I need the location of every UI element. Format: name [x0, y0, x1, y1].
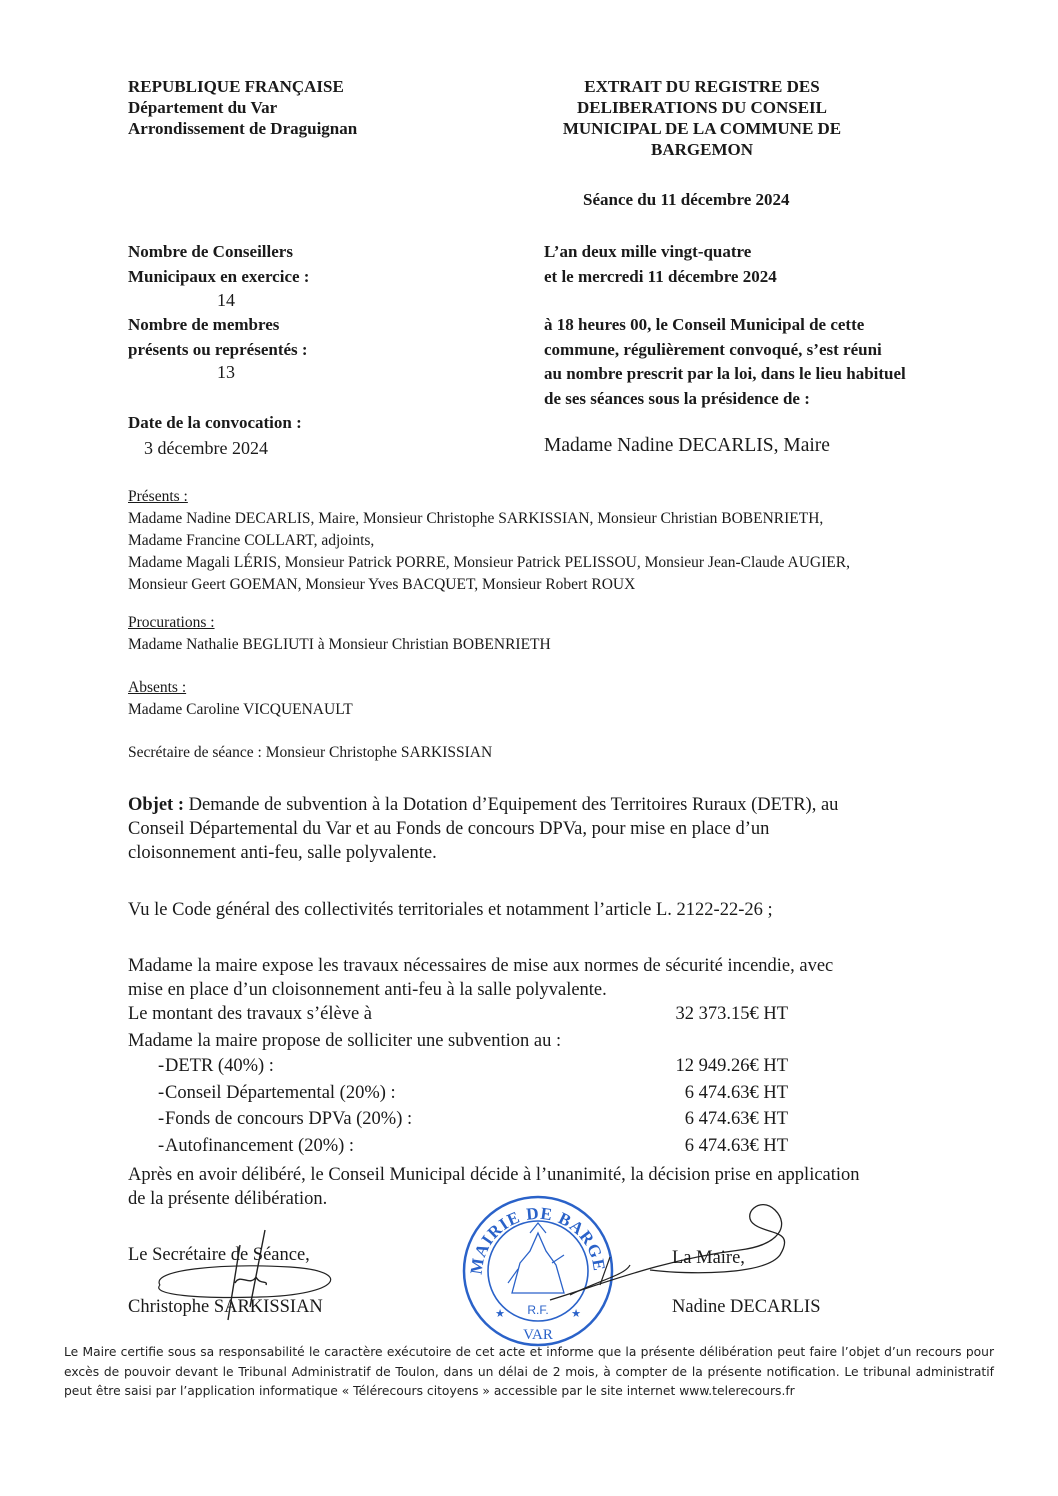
- financing-value: 12 949.26€ HT: [675, 1056, 788, 1077]
- expose-line2: mise en place d’un cloisonnement anti-fe…: [128, 978, 1008, 1002]
- maire-signature-title: La Maire,: [672, 1248, 745, 1269]
- seance-date: Séance du 11 décembre 2024: [583, 189, 790, 210]
- objet-line3: cloisonnement anti-feu, salle polyvalent…: [128, 841, 1008, 865]
- register-title: EXTRAIT DU REGISTRE DES DELIBERATIONS DU…: [512, 76, 892, 160]
- procurations-section: Procurations : Madame Nathalie BEGLIUTI …: [128, 612, 551, 656]
- convocation-label: Date de la convocation :: [128, 411, 302, 436]
- presents-section: Présents : Madame Nadine DECARLIS, Maire…: [128, 486, 988, 596]
- presents-line: Madame Magali LÉRIS, Monsieur Patrick PO…: [128, 552, 988, 574]
- montant-label: Le montant des travaux s’élève à: [128, 1004, 372, 1025]
- objet-section: Objet : Demande de subvention à la Dotat…: [128, 793, 1008, 865]
- preamble-line: L’an deux mille vingt-quatre: [544, 240, 777, 265]
- conseillers-value: 14: [217, 288, 235, 312]
- preamble-line: au nombre prescrit par la loi, dans le l…: [544, 362, 906, 387]
- preamble-line: à 18 heures 00, le Conseil Municipal de …: [544, 313, 906, 338]
- financing-value: 6 474.63€ HT: [685, 1136, 788, 1157]
- decision-line1: Après en avoir délibéré, le Conseil Muni…: [128, 1163, 1008, 1187]
- montant-value: 32 373.15€ HT: [675, 1004, 788, 1025]
- financing-label: Conseil Départemental (20%) :: [165, 1083, 396, 1104]
- financing-value: 6 474.63€ HT: [685, 1109, 788, 1130]
- preamble-date: L’an deux mille vingt-quatre et le mercr…: [544, 240, 777, 289]
- objet-line2: Conseil Départemental du Var et au Fonds…: [128, 817, 1008, 841]
- absents-label: Absents :: [128, 677, 353, 699]
- secretaire-signature-title: Le Secrétaire de Séance,: [128, 1245, 310, 1266]
- montant-row: Le montant des travaux s’élève à 32 373.…: [128, 1004, 828, 1028]
- stamp-bottom-text: VAR: [523, 1327, 553, 1343]
- bullet-dash: -: [158, 1136, 164, 1157]
- stamp-seal-icon: MAIRIE DE BARGEMON R.F. ★ ★ VAR: [460, 1193, 615, 1348]
- financing-label: DETR (40%) :: [165, 1056, 274, 1077]
- bullet-dash: -: [158, 1083, 164, 1104]
- republic-label: REPUBLIQUE FRANÇAISE: [128, 76, 357, 97]
- preamble-line: de ses séances sous la présidence de :: [544, 387, 906, 412]
- presents-line: Madame Francine COLLART, adjoints,: [128, 530, 988, 552]
- president: Madame Nadine DECARLIS, Maire: [544, 435, 830, 457]
- objet-line1: Objet : Demande de subvention à la Dotat…: [128, 793, 1008, 817]
- register-title-line: EXTRAIT DU REGISTRE DES: [512, 76, 892, 97]
- svg-text:★: ★: [495, 1308, 505, 1320]
- stamp-mid-text: R.F.: [527, 1303, 548, 1317]
- conseillers-label-line1: Nombre de Conseillers: [128, 240, 309, 265]
- preamble-line: et le mercredi 11 décembre 2024: [544, 265, 777, 290]
- conseillers-label-line2: Municipaux en exercice :: [128, 265, 309, 290]
- membres-value: 13: [217, 360, 235, 384]
- register-title-line: BARGEMON: [512, 139, 892, 160]
- objet-text: Demande de subvention à la Dotation d’Eq…: [184, 795, 838, 815]
- membres-label: Nombre de membres présents ou représenté…: [128, 313, 308, 362]
- financing-row: - DETR (40%) : 12 949.26€ HT: [128, 1056, 828, 1080]
- svg-text:★: ★: [571, 1308, 581, 1320]
- legal-footer: Le Maire certifie sous sa responsabilité…: [64, 1343, 994, 1402]
- register-title-line: DELIBERATIONS DU CONSEIL: [512, 97, 892, 118]
- financing-value: 6 474.63€ HT: [685, 1083, 788, 1104]
- presents-line: Madame Nadine DECARLIS, Maire, Monsieur …: [128, 508, 988, 530]
- bullet-dash: -: [158, 1056, 164, 1077]
- arrondissement-label: Arrondissement de Draguignan: [128, 118, 357, 139]
- expose-line1: Madame la maire expose les travaux néces…: [128, 954, 1008, 978]
- propose-text: Madame la maire propose de solliciter un…: [128, 1029, 561, 1053]
- register-title-line: MUNICIPAL DE LA COMMUNE DE: [512, 118, 892, 139]
- membres-label-line2: présents ou représentés :: [128, 338, 308, 363]
- mairie-stamp: MAIRIE DE BARGEMON R.F. ★ ★ VAR: [460, 1193, 615, 1348]
- conseillers-label: Nombre de Conseillers Municipaux en exer…: [128, 240, 309, 289]
- objet-label: Objet :: [128, 795, 184, 815]
- financing-row: - Conseil Départemental (20%) : 6 474.63…: [128, 1083, 828, 1107]
- absents-section: Absents : Madame Caroline VICQUENAULT: [128, 677, 353, 721]
- membres-label-line1: Nombre de membres: [128, 313, 308, 338]
- presents-label: Présents :: [128, 486, 988, 508]
- presents-line: Monsieur Geert GOEMAN, Monsieur Yves BAC…: [128, 574, 988, 596]
- absents-value: Madame Caroline VICQUENAULT: [128, 699, 353, 721]
- convocation-value: 3 décembre 2024: [144, 436, 268, 460]
- bullet-dash: -: [158, 1109, 164, 1130]
- financing-label: Fonds de concours DPVa (20%) :: [165, 1109, 412, 1130]
- financing-label: Autofinancement (20%) :: [165, 1136, 354, 1157]
- vu-code: Vu le Code général des collectivités ter…: [128, 898, 773, 922]
- department-label: Département du Var: [128, 97, 357, 118]
- maire-signature-name: Nadine DECARLIS: [672, 1297, 821, 1318]
- financing-row: - Autofinancement (20%) : 6 474.63€ HT: [128, 1136, 828, 1160]
- procurations-label: Procurations :: [128, 612, 551, 634]
- preamble-line: commune, régulièrement convoqué, s’est r…: [544, 338, 906, 363]
- financing-row: - Fonds de concours DPVa (20%) : 6 474.6…: [128, 1109, 828, 1133]
- expose-section: Madame la maire expose les travaux néces…: [128, 954, 1008, 1002]
- procurations-value: Madame Nathalie BEGLIUTI à Monsieur Chri…: [128, 634, 551, 656]
- secretaire-signature-name: Christophe SARKISSIAN: [128, 1297, 323, 1318]
- secretaire-seance: Secrétaire de séance : Monsieur Christop…: [128, 742, 492, 764]
- preamble-text: à 18 heures 00, le Conseil Municipal de …: [544, 313, 906, 411]
- header-left: REPUBLIQUE FRANÇAISE Département du Var …: [128, 76, 357, 139]
